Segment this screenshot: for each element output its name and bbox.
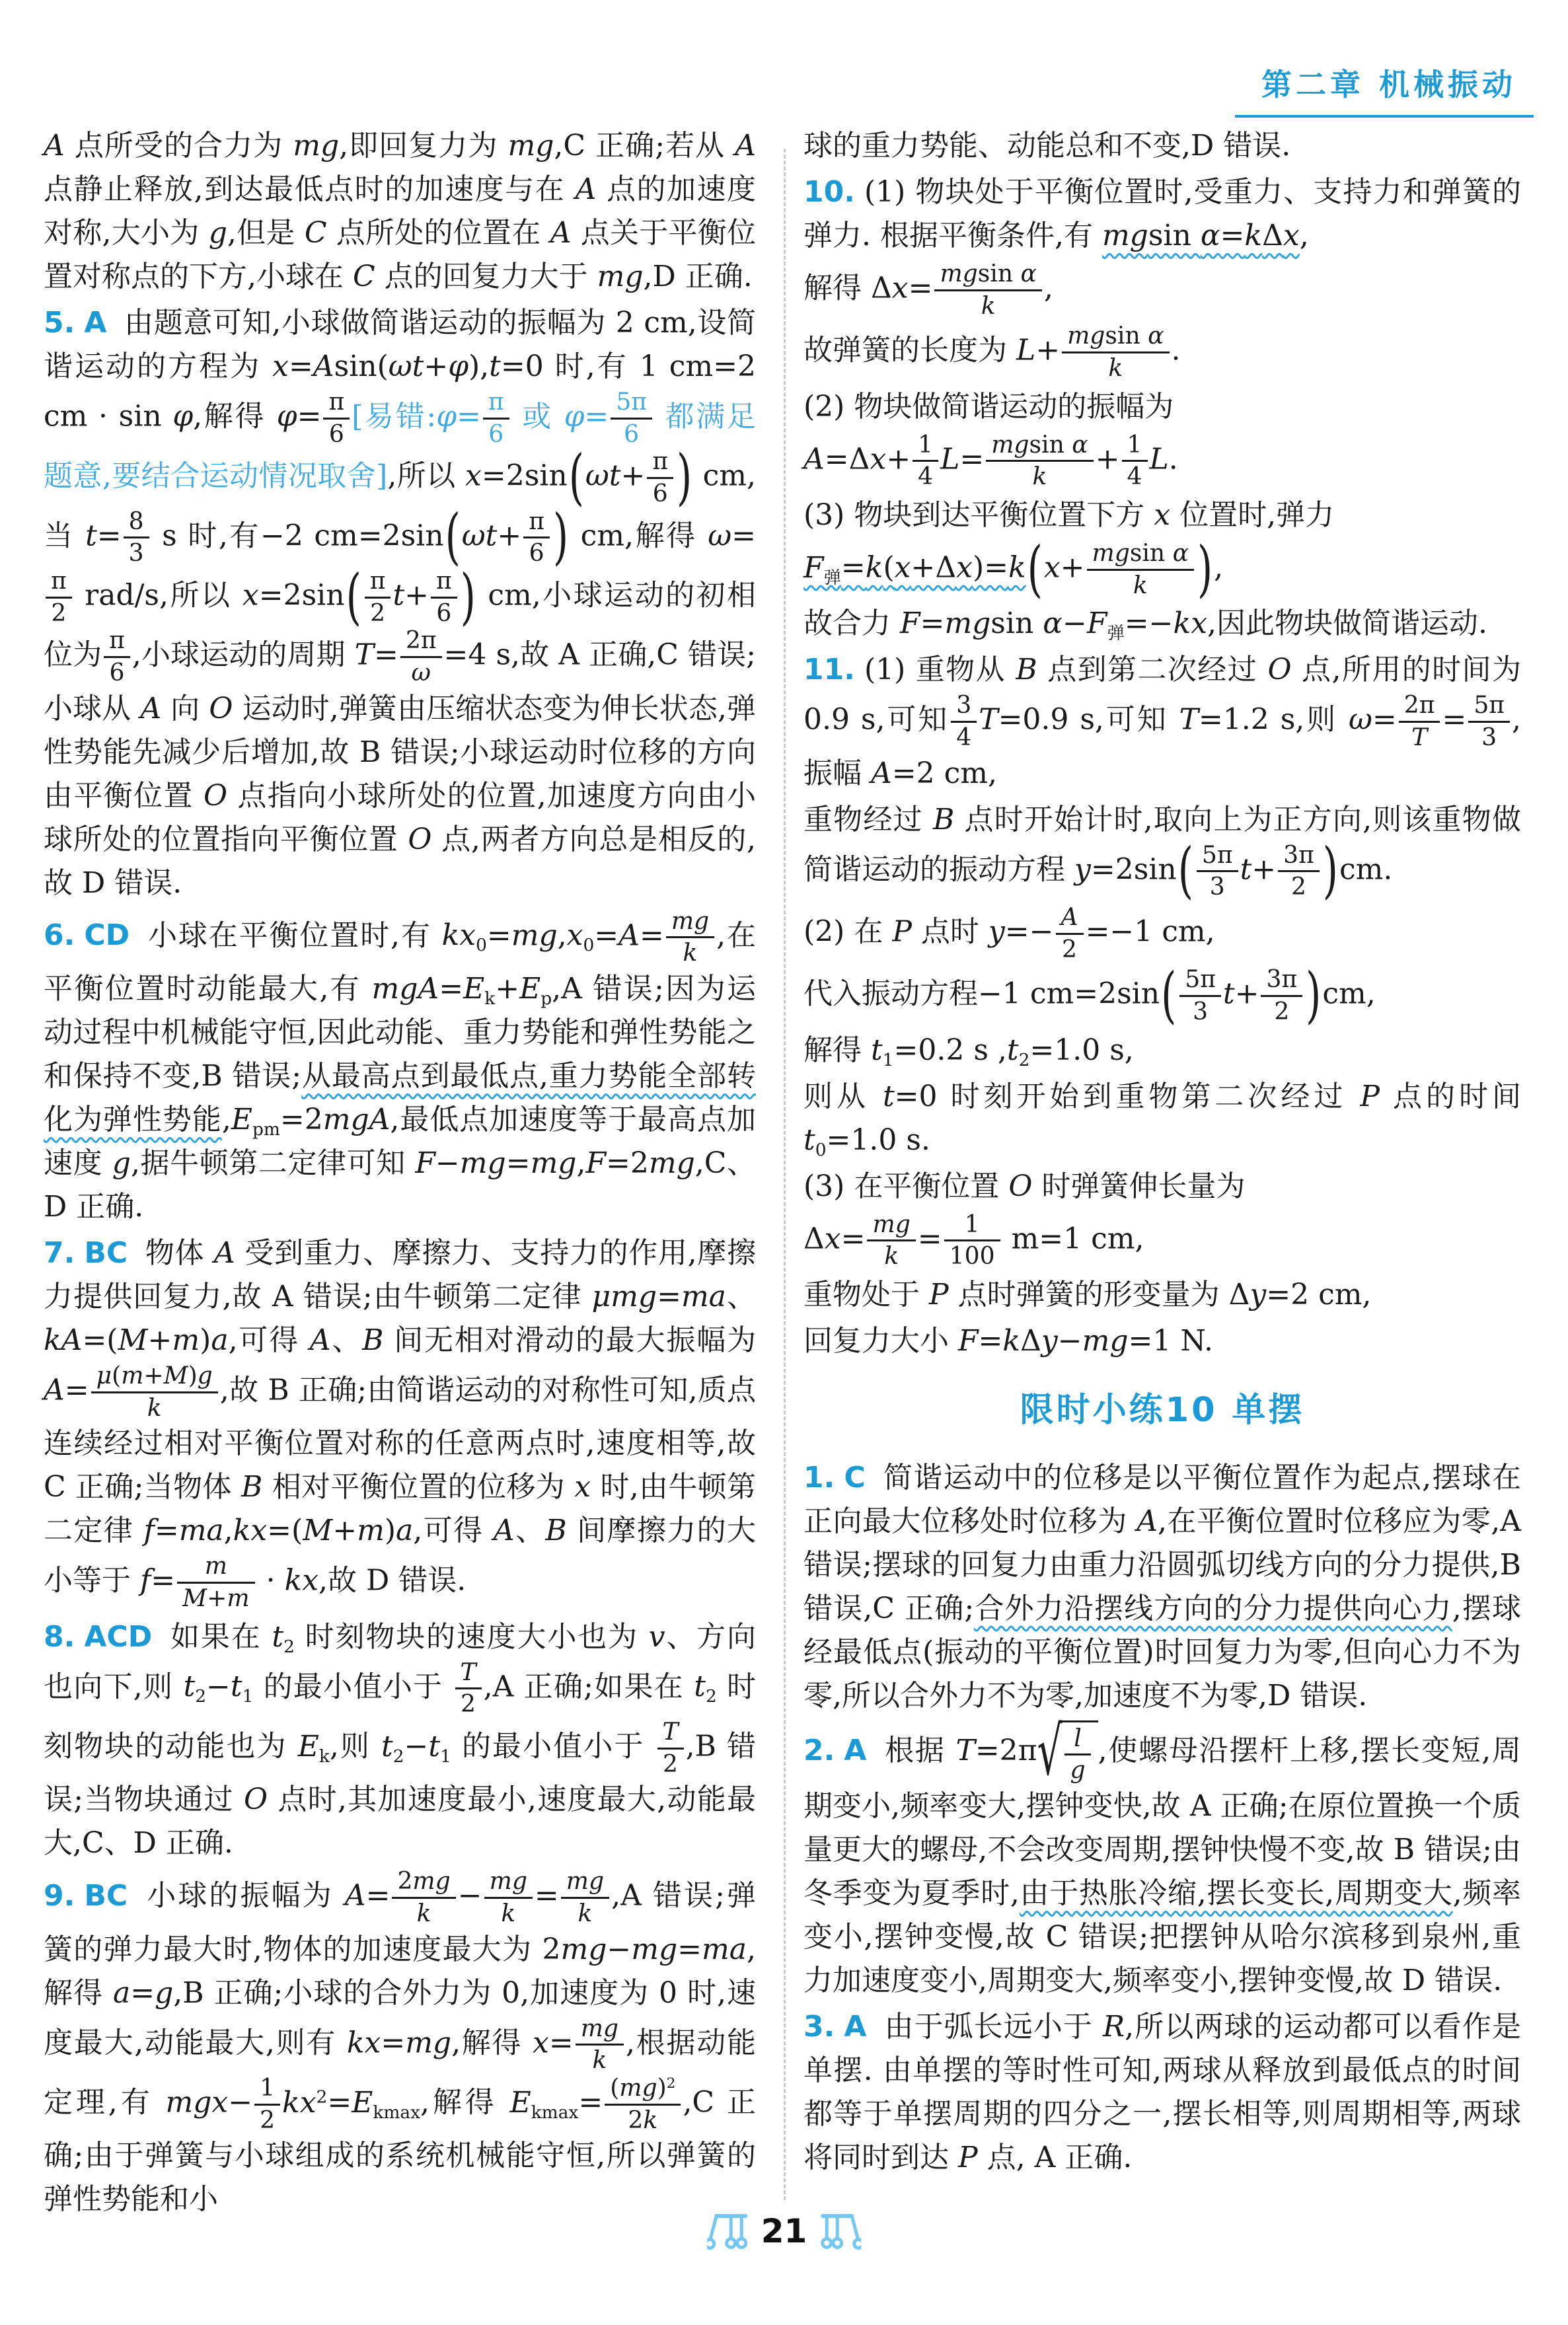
answer-item-11: 11.(1) 重物从 B 点到第二次经过 O 点,所用的时间为 0.9 s,可知… <box>803 648 1521 1363</box>
paragraph: (3) 在平衡位置 O 时弹簧伸长量为 <box>803 1165 1521 1208</box>
pendulum-icon-left <box>707 2211 748 2251</box>
right-column: 球的重力势能、动能总和不变,D 错误.10.(1) 物块处于平衡位置时,受重力、… <box>803 124 1521 2182</box>
paragraph: 5.A由题意可知,小球做简谐运动的振幅为 2 cm,设简谐运动的方程为 x=As… <box>44 301 756 905</box>
emphasis-wavy-underline: mgsin α=kΔx <box>1102 219 1300 252</box>
fraction: π6 <box>521 508 552 568</box>
answer-item-6: 6.CD小球在平衡位置时,有 kx0=mg,x0=A=mgk,在平衡位置时动能最… <box>44 908 756 1229</box>
answer-letters: BC <box>84 1236 128 1270</box>
fraction: 2πω <box>398 627 444 686</box>
answer-item-7: 7.BC物体 A 受到重力、摩擦力、支持力的作用,摩擦力提供回复力,故 A 错误… <box>44 1232 756 1613</box>
fraction: mgk <box>559 1868 611 1927</box>
paragraph: 代入振动方程−1 cm=2sin(5π3t+3π2)cm, <box>803 966 1521 1025</box>
fraction: (mg)22k <box>603 2075 683 2134</box>
answer-letters: C <box>844 1461 865 1495</box>
answer-item-2: 2.A根据 T=2π√lg,使螺母沿摆杆上移,摆长变短,周期变小,频率变大,摆钟… <box>803 1720 1521 2003</box>
fraction: π6 <box>102 627 132 686</box>
answer-item-10: 10.(1) 物块处于平衡位置时,受重力、支持力和弹簧的弹力. 根据平衡条件,有… <box>803 170 1521 646</box>
paragraph: A 点所受的合力为 mg,即回复力为 mg,C 正确;若从 A 点静止释放,到达… <box>44 124 756 299</box>
fraction: mgk <box>865 1211 917 1271</box>
fraction: π6 <box>321 388 352 448</box>
square-root: √lg <box>1037 1720 1098 1785</box>
answer-item-continuation: 球的重力势能、动能总和不变,D 错误. <box>803 124 1521 168</box>
fraction: mgk <box>664 908 716 967</box>
fraction: 1100 <box>942 1211 1002 1271</box>
question-number: 2. <box>803 1734 835 1767</box>
paragraph: 重物处于 P 点时弹簧的形变量为 Δy=2 cm, <box>803 1273 1521 1317</box>
page-number: 21 <box>761 2212 807 2250</box>
emphasis-wavy-underline: 合外力沿摆线方向的分力提供向心力 <box>974 1592 1452 1625</box>
answer-item-1: 1.C简谐运动中的位移是以平衡位置作为起点,摆球在正向最大位移处时位移为 A,在… <box>803 1456 1521 1718</box>
fraction: mgk <box>482 1868 535 1927</box>
answer-item-9: 9.BC小球的振幅为 A=2mgk−mgk=mgk,A 错误;弹簧的弹力最大时,… <box>44 1868 756 2221</box>
paragraph: 解得 t1=0.2 s ,t2=1.0 s, <box>803 1029 1521 1072</box>
fraction: mgk <box>574 2015 626 2075</box>
paragraph: (3) 物块到达平衡位置下方 x 位置时,弹力 <box>803 494 1521 537</box>
emphasis-wavy-underline: 由于热胀冷缩,摆长变长,周期变大 <box>1020 1876 1453 1910</box>
fraction: mgsin αk <box>1085 540 1196 599</box>
fraction: 3π2 <box>1259 966 1304 1025</box>
question-number: 8. <box>44 1620 75 1654</box>
fraction: π6 <box>645 448 675 507</box>
paragraph: 则从 t=0 时刻开始到重物第二次经过 P 点的时间 t0=1.0 s. <box>803 1075 1521 1162</box>
paragraph: Δx=mgk=1100 m=1 cm, <box>803 1211 1521 1271</box>
emphasis-wavy-underline: 从最高点到最低点,重力势能全部转化为弹性势能 <box>44 1059 756 1136</box>
fraction: mM+m <box>175 1553 256 1612</box>
answer-letters: ACD <box>84 1620 152 1654</box>
paragraph: 重物经过 B 点时开始计时,取向上为正方向,则该重物做简谐运动的振动方程 y=2… <box>803 798 1521 901</box>
answer-letters: A <box>844 2010 866 2044</box>
answer-letters: A <box>844 1734 866 1767</box>
fraction: 14 <box>911 431 940 491</box>
fraction: 3π2 <box>1276 842 1322 901</box>
column-divider <box>784 149 786 2200</box>
fraction: π6 <box>481 388 511 448</box>
fraction: π2 <box>44 568 74 627</box>
answer-letters: BC <box>84 1879 128 1913</box>
paragraph: (2) 在 P 点时 y=−A2=−1 cm, <box>803 904 1521 963</box>
paragraph: 10.(1) 物块处于平衡位置时,受重力、支持力和弹簧的弹力. 根据平衡条件,有… <box>803 170 1521 258</box>
fraction: T2 <box>655 1718 686 1778</box>
paragraph: 9.BC小球的振幅为 A=2mgk−mgk=mgk,A 错误;弹簧的弹力最大时,… <box>44 1868 756 2221</box>
question-number: 10. <box>803 175 855 209</box>
fraction: 5π3 <box>1466 692 1512 751</box>
answer-letters: CD <box>84 918 130 952</box>
fraction: 12 <box>252 2075 282 2134</box>
page-footer: 21 <box>707 2211 862 2251</box>
fraction: A2 <box>1054 904 1086 963</box>
fraction: 2mgk <box>390 1868 457 1927</box>
paragraph: 回复力大小 F=kΔy−mg=1 N. <box>803 1319 1521 1363</box>
left-column: A 点所受的合力为 mg,即回复力为 mg,C 正确;若从 A 点静止释放,到达… <box>44 124 756 2224</box>
paragraph: 故弹簧的长度为 L+mgsin αk. <box>803 322 1521 382</box>
fraction: lg <box>1063 1725 1092 1785</box>
fraction: 5π3 <box>1195 842 1240 901</box>
fraction: 5π3 <box>1177 966 1223 1025</box>
paragraph: 2.A根据 T=2π√lg,使螺母沿摆杆上移,摆长变短,周期变小,频率变大,摆钟… <box>803 1720 1521 2003</box>
fraction: 83 <box>122 508 151 568</box>
paragraph: 故合力 F=mgsin α−F弹=−kx,因此物块做简谐运动. <box>803 602 1521 646</box>
paragraph: 解得 Δx=mgsin αk, <box>803 260 1521 320</box>
paragraph: (2) 物块做简谐运动的振幅为 <box>803 385 1521 429</box>
paragraph: A=Δx+14L=mgsin αk+14L. <box>803 431 1521 491</box>
question-number: 11. <box>803 653 855 686</box>
answer-item-5: 5.A由题意可知,小球做简谐运动的振幅为 2 cm,设简谐运动的方程为 x=As… <box>44 301 756 905</box>
question-number: 9. <box>44 1879 75 1913</box>
question-number: 6. <box>44 918 75 952</box>
paragraph: 3.A由于弧长远小于 R,所以两球的运动都可以看作是单摆. 由单摆的等时性可知,… <box>803 2005 1521 2180</box>
question-number: 7. <box>44 1236 75 1270</box>
fraction: 34 <box>949 692 979 751</box>
fraction: mgsin αk <box>984 431 1095 491</box>
fraction: π6 <box>429 568 459 627</box>
paragraph: F弹=k(x+Δx)=k(x+mgsin αk), <box>803 540 1521 599</box>
answer-item-8: 8.ACD如果在 t2 时刻物块的速度大小也为 v、方向也向下,则 t2−t1 … <box>44 1615 756 1866</box>
paragraph: 8.ACD如果在 t2 时刻物块的速度大小也为 v、方向也向下,则 t2−t1 … <box>44 1615 756 1866</box>
paragraph: 1.C简谐运动中的位移是以平衡位置作为起点,摆球在正向最大位移处时位移为 A,在… <box>803 1456 1521 1718</box>
question-number: 1. <box>803 1461 835 1495</box>
fraction: mgsin αk <box>1060 322 1171 382</box>
paragraph: 11.(1) 重物从 B 点到第二次经过 O 点,所用的时间为 0.9 s,可知… <box>803 648 1521 795</box>
chapter-header: 第二章 机械振动 <box>1235 61 1534 118</box>
answer-letters: A <box>84 306 106 340</box>
question-number: 5. <box>44 306 75 340</box>
textbook-answer-page: 第二章 机械振动 A 点所受的合力为 mg,即回复力为 mg,C 正确;若从 A… <box>0 0 1568 2325</box>
pendulum-icon-right <box>820 2211 861 2251</box>
fraction: mgsin αk <box>932 260 1043 320</box>
answer-item-3: 3.A由于弧长远小于 R,所以两球的运动都可以看作是单摆. 由单摆的等时性可知,… <box>803 2005 1521 2180</box>
answer-item-continuation: A 点所受的合力为 mg,即回复力为 mg,C 正确;若从 A 点静止释放,到达… <box>44 124 756 299</box>
section-title: 限时小练10 单摆 <box>803 1385 1521 1436</box>
emphasis-wavy-underline: F弹=k(x+Δx)=k(x+mgsin αk) <box>803 551 1214 585</box>
question-number: 3. <box>803 2010 835 2044</box>
paragraph: 6.CD小球在平衡位置时,有 kx0=mg,x0=A=mgk,在平衡位置时动能最… <box>44 908 756 1229</box>
fraction: μ(m+M)gk <box>89 1362 220 1422</box>
fraction: 5π6 <box>609 388 654 448</box>
paragraph: 7.BC物体 A 受到重力、摩擦力、支持力的作用,摩擦力提供回复力,故 A 错误… <box>44 1232 756 1613</box>
paragraph: 球的重力势能、动能总和不变,D 错误. <box>803 124 1521 168</box>
fraction: π2 <box>363 568 393 627</box>
fraction: 2πT <box>1397 692 1442 751</box>
fraction: 14 <box>1120 431 1150 491</box>
fraction: T2 <box>453 1659 484 1718</box>
